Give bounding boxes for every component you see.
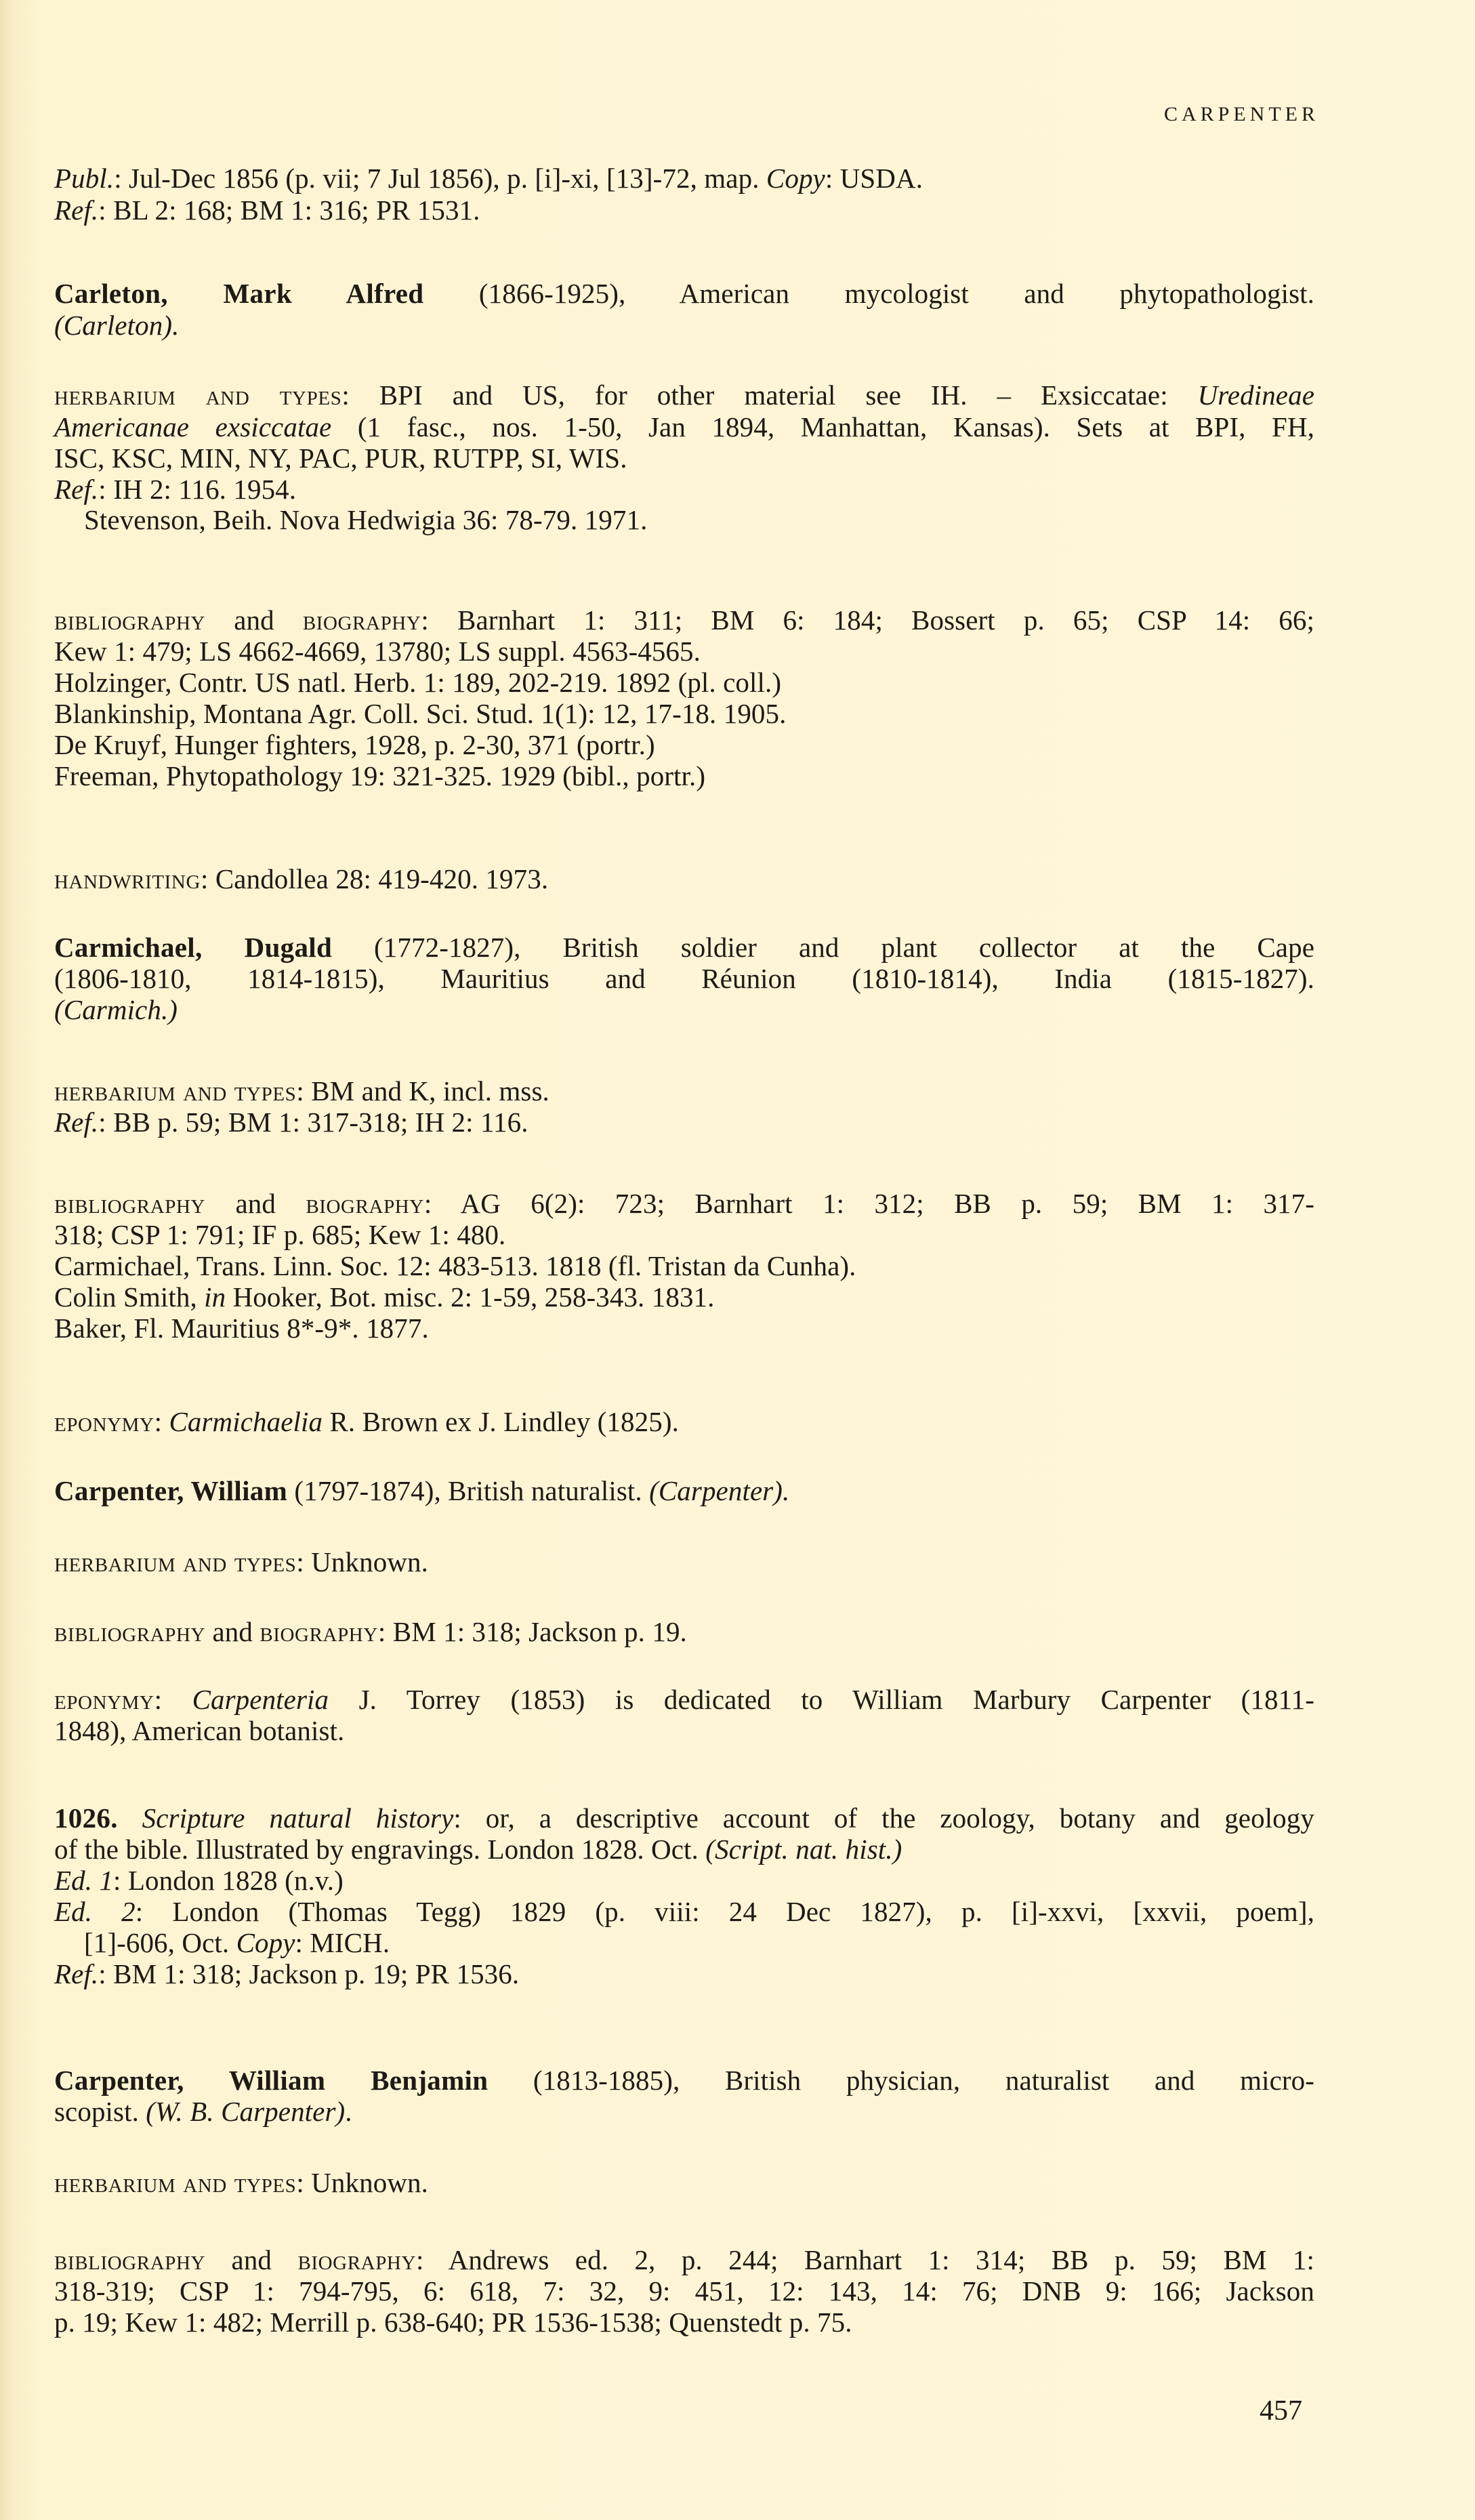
bibliography-line: 318-319; CSP 1: 794-795, 6: 618, 7: 32, … <box>54 2275 1314 2307</box>
section-text: : BM 1: 318; Jackson p. 19. <box>378 1616 687 1647</box>
ref-text: : BL 2: 168; BM 1: 316; PR 1531. <box>98 194 480 226</box>
edition-text: [1]-606, Oct. <box>84 1927 236 1958</box>
edition-text: : London (Thomas Tegg) 1829 (p. viii: 24… <box>136 1896 1314 1927</box>
author-abbreviation: (Carmich.) <box>54 994 178 1025</box>
section-label: handwriting <box>54 863 201 894</box>
herbarium-section: herbarium and types: Unknown. <box>54 1546 428 1577</box>
section-label: biography <box>303 604 421 636</box>
ref-text: : IH 2: 116. 1954. <box>98 474 296 505</box>
section-label: herbarium and types <box>54 1546 296 1577</box>
ref-text: : BM 1: 318; Jackson p. 19; PR 1536. <box>98 1958 519 1989</box>
reference-line: Ref.: BL 2: 168; BM 1: 316; PR 1531. <box>54 194 480 226</box>
genus-name: Carpenteria <box>192 1684 329 1715</box>
entry-description: (1772-1827), British soldier and plant c… <box>332 932 1314 963</box>
section-text: : Barnhart 1: 311; BM 6: 184; Bossert p.… <box>421 604 1314 636</box>
section-label-and: and <box>205 1188 306 1219</box>
entry-description: (1797-1874), British naturalist. <box>287 1475 649 1506</box>
punctuation: . <box>345 2096 352 2127</box>
herbarium-line-2: Americanae exsiccatae (1 fasc., nos. 1-5… <box>54 411 1314 442</box>
entry-name: Carpenter, William <box>54 1475 287 1506</box>
section-text: : <box>154 1406 169 1437</box>
entry-description-line-2: scopist. (W. B. Carpenter). <box>54 2096 352 2127</box>
section-label-and: and <box>205 1616 259 1647</box>
copy-text: : MICH. <box>295 1927 390 1958</box>
bibliography-line: Kew 1: 479; LS 4662-4669, 13780; LS supp… <box>54 636 701 667</box>
entry-name: Carpenter, William Benjamin <box>54 2065 488 2096</box>
section-text: : Andrews ed. 2, p. 244; Barnhart 1: 314… <box>416 2244 1314 2275</box>
section-label: herbarium and types <box>54 2167 296 2198</box>
section-label: bibliography <box>54 604 205 636</box>
section-label: eponymy <box>54 1684 154 1715</box>
ref-label: Ref. <box>54 194 98 226</box>
edition-label: Ed. 1 <box>54 1865 113 1896</box>
bibliography-line: Freeman, Phytopathology 19: 321-325. 192… <box>54 760 705 791</box>
publ-text: : Jul-Dec 1856 (p. vii; 7 Jul 1856), p. … <box>114 163 766 194</box>
genus-name: Carmichaelia <box>169 1406 323 1437</box>
bibliography-line: Blankinship, Montana Agr. Coll. Sci. Stu… <box>54 698 786 729</box>
edition-2: Ed. 2: London (Thomas Tegg) 1829 (p. vii… <box>54 1896 1314 1927</box>
bibliography-line: Baker, Fl. Mauritius 8*-9*. 1877. <box>54 1313 429 1344</box>
handwriting-section: handwriting: Candollea 28: 419-420. 1973… <box>54 863 548 894</box>
entry-description: (1866-1925), American mycologist and phy… <box>423 278 1314 309</box>
entry-heading-carmichael: Carmichael, Dugald (1772-1827), British … <box>54 932 1314 963</box>
work-description: : or, a descriptive account of the zoolo… <box>453 1802 1314 1834</box>
exsiccata-title: Americanae exsiccatae <box>54 411 331 442</box>
work-line-2: of the bible. Illustrated by engravings.… <box>54 1834 902 1865</box>
entry-name: Carleton, Mark Alfred <box>54 278 423 309</box>
reference-line: Ref.: BM 1: 318; Jackson p. 19; PR 1536. <box>54 1958 519 1989</box>
bibliography-section: bibliography and biography: Andrews ed. … <box>54 2244 1314 2275</box>
section-text: : <box>154 1684 192 1715</box>
ref-label: Ref. <box>54 1107 98 1138</box>
section-label: bibliography <box>54 1616 205 1647</box>
bibliography-section: bibliography and biography: AG 6(2): 723… <box>54 1188 1314 1219</box>
reference-line-2: Stevenson, Beih. Nova Hedwigia 36: 78-79… <box>84 504 647 535</box>
eponymy-line-2: 1848), American botanist. <box>54 1715 344 1746</box>
author-abbreviation: (Carpenter). <box>649 1475 789 1506</box>
section-text: : Unknown. <box>296 2167 428 2198</box>
entry-description-line-2: (1806-1810, 1814-1815), Mauritius and Ré… <box>54 963 1314 994</box>
work-number: 1026. <box>54 1802 118 1834</box>
entry-heading-carpenter-william: Carpenter, William (1797-1874), British … <box>54 1475 789 1506</box>
herbarium-section: herbarium and types: BM and K, incl. mss… <box>54 1075 549 1107</box>
page-number: 457 <box>1260 2395 1302 2427</box>
bibliography-line: Carmichael, Trans. Linn. Soc. 12: 483-51… <box>54 1250 856 1281</box>
edition-2-continued: [1]-606, Oct. Copy: MICH. <box>84 1927 390 1958</box>
ref-text: : BB p. 59; BM 1: 317-318; IH 2: 116. <box>98 1107 528 1138</box>
entry-heading-carpenter-william-benjamin: Carpenter, William Benjamin (1813-1885),… <box>54 2065 1314 2096</box>
bibliography-line: Holzinger, Contr. US natl. Herb. 1: 189,… <box>54 667 781 698</box>
section-label: herbarium and types <box>54 379 341 411</box>
running-head: CARPENTER <box>1164 103 1319 126</box>
citation-text: Colin Smith, <box>54 1281 204 1313</box>
section-label-and: and <box>205 604 303 636</box>
work-description: of the bible. Illustrated by engravings.… <box>54 1834 705 1865</box>
work-title: Scripture natural history <box>142 1802 454 1834</box>
copy-text: : USDA. <box>825 163 923 194</box>
section-label: bibliography <box>54 1188 205 1219</box>
exsiccata-title: Uredineae <box>1198 379 1314 411</box>
bibliography-section: bibliography and biography: BM 1: 318; J… <box>54 1616 687 1647</box>
section-text: : BM and K, incl. mss. <box>296 1075 549 1107</box>
bibliography-line: 318; CSP 1: 791; IF p. 685; Kew 1: 480. <box>54 1219 505 1250</box>
citation-in: in <box>204 1281 226 1313</box>
section-label: biography <box>306 1188 424 1219</box>
entry-description: (1813-1885), British physician, naturali… <box>488 2065 1314 2096</box>
section-label: herbarium and types <box>54 1075 296 1107</box>
eponymy-section: eponymy: Carmichaelia R. Brown ex J. Lin… <box>54 1406 679 1437</box>
section-label: bibliography <box>54 2244 205 2275</box>
bibliography-section: bibliography and biography: Barnhart 1: … <box>54 604 1314 636</box>
edition-label: Ed. 2 <box>54 1896 136 1927</box>
work-abbreviation: (Script. nat. hist.) <box>705 1834 902 1865</box>
reference-line: Ref.: BB p. 59; BM 1: 317-318; IH 2: 116… <box>54 1107 528 1138</box>
publ-label: Publ. <box>54 163 114 194</box>
section-text: (1 fasc., nos. 1-50, Jan 1894, Manhattan… <box>331 411 1314 442</box>
eponymy-section: eponymy: Carpenteria J. Torrey (1853) is… <box>54 1684 1314 1715</box>
section-label: eponymy <box>54 1406 154 1437</box>
bibliography-line: p. 19; Kew 1: 482; Merrill p. 638-640; P… <box>54 2307 852 2338</box>
section-text: J. Torrey (1853) is dedicated to William… <box>329 1684 1314 1715</box>
bibliography-line: De Kruyf, Hunger fighters, 1928, p. 2-30… <box>54 729 655 760</box>
section-text: : Candollea 28: 419-420. 1973. <box>201 863 548 894</box>
entry-name: Carmichael, Dugald <box>54 932 332 963</box>
herbarium-section: herbarium and types: Unknown. <box>54 2167 428 2198</box>
section-label: biography <box>297 2244 416 2275</box>
section-text: : Unknown. <box>296 1546 428 1577</box>
citation-text: Hooker, Bot. misc. 2: 1-59, 258-343. 183… <box>226 1281 714 1313</box>
section-text: : AG 6(2): 723; Barnhart 1: 312; BB p. 5… <box>424 1188 1314 1219</box>
section-label: biography <box>259 1616 378 1647</box>
herbarium-section: herbarium and types: BPI and US, for oth… <box>54 379 1314 411</box>
section-text: R. Brown ex J. Lindley (1825). <box>323 1406 679 1437</box>
copy-label: Copy <box>766 163 825 194</box>
bibliography-line: Colin Smith, in Hooker, Bot. misc. 2: 1-… <box>54 1281 715 1313</box>
section-text: : BPI and US, for other material see IH.… <box>341 379 1197 411</box>
publication-line: Publ.: Jul-Dec 1856 (p. vii; 7 Jul 1856)… <box>54 163 923 194</box>
reference-line: Ref.: IH 2: 116. 1954. <box>54 474 296 505</box>
ref-label: Ref. <box>54 1958 98 1989</box>
work-entry-1026: 1026. Scripture natural history: or, a d… <box>54 1802 1314 1834</box>
edition-text: : London 1828 (n.v.) <box>113 1865 344 1896</box>
author-abbreviation: (W. B. Carpenter) <box>146 2096 345 2127</box>
author-abbreviation: (Carleton). <box>54 310 179 341</box>
copy-label: Copy <box>236 1927 295 1958</box>
herbarium-line-3: ISC, KSC, MIN, NY, PAC, PUR, RUTPP, SI, … <box>54 442 627 474</box>
ref-label: Ref. <box>54 474 98 505</box>
entry-heading-carleton: Carleton, Mark Alfred (1866-1925), Ameri… <box>54 278 1314 309</box>
entry-description: scopist. <box>54 2096 146 2127</box>
section-label-and: and <box>205 2244 297 2275</box>
edition-1: Ed. 1: London 1828 (n.v.) <box>54 1865 344 1896</box>
